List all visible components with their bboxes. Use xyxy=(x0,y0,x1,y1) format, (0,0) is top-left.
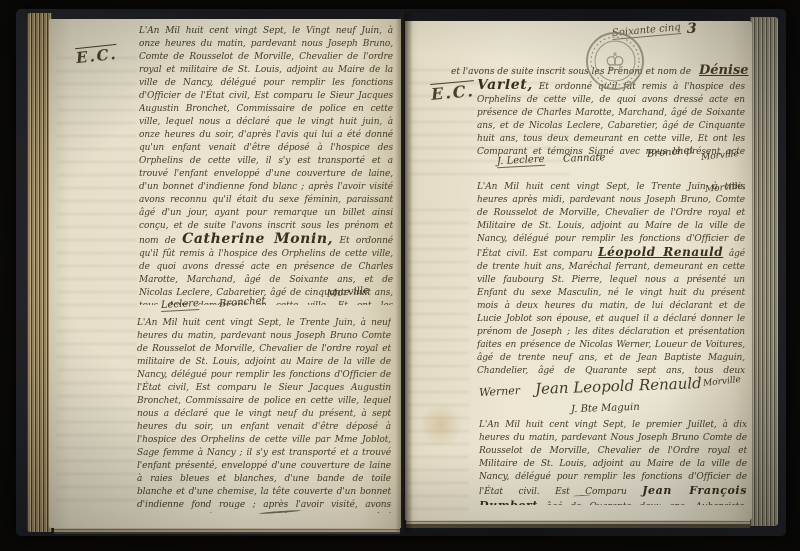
show-through-ghost-text xyxy=(57,49,137,509)
signature: Cannate xyxy=(563,152,606,164)
page-number: 3 xyxy=(687,21,697,37)
signature: Werner xyxy=(479,384,521,399)
margin-annotation: E.C. xyxy=(430,81,475,104)
page-edges-right xyxy=(750,17,778,526)
child-name-heading: Catherine Monin, xyxy=(182,231,333,247)
birth-act-text: L'An Mil huit cent vingt Sept, le Trente… xyxy=(477,181,745,379)
act-body: âgé de trente huit ans, Maréchal ferrant… xyxy=(477,249,745,379)
signature: J. Bte Maguin xyxy=(571,402,640,415)
scanned-register-photo: E.C. L'An Mil huit cent vingt Sept, le V… xyxy=(0,0,800,551)
birth-act-text: L'An Mil huit cent vingt Sept, le Trente… xyxy=(137,317,391,513)
crown-glyph: ♔ xyxy=(604,48,626,76)
act-body: L'An Mil huit cent vingt Sept, le Trente… xyxy=(137,318,391,513)
child-name-heading: Varlet, xyxy=(477,79,533,93)
page-edges-bottom-left xyxy=(54,527,400,534)
act-body: et l'avons de suite inscrit sous les Pré… xyxy=(451,67,691,77)
page-edges-bottom-right xyxy=(406,519,750,528)
margin-annotation: E.C. xyxy=(75,45,118,67)
act-body: L'An Mil huit cent vingt Sept, le Vingt … xyxy=(139,26,393,246)
right-page: et l'avons de suite inscrit sous les Pré… xyxy=(405,21,752,520)
birth-act-text: L'An Mil huit cent vingt Sept, le premie… xyxy=(479,419,747,505)
show-through-ghost-text xyxy=(407,201,469,520)
signature: Bronchet xyxy=(219,295,266,309)
paper-stain xyxy=(419,403,463,447)
act-body: Et ordonné qu'il fût remis à l'hospice d… xyxy=(477,82,745,159)
signature: Leclere xyxy=(161,298,200,312)
royal-crown-seal-stamp-icon: ♔ xyxy=(584,30,646,92)
child-firstname: Dénise xyxy=(699,63,749,78)
birth-act-text: L'An Mil huit cent vingt Sept, le Vingt … xyxy=(139,25,393,305)
left-page: E.C. L'An Mil huit cent vingt Sept, le V… xyxy=(49,19,401,528)
signature: J. Leclere xyxy=(497,154,545,168)
book-gutter-shadow xyxy=(395,12,413,532)
father-name-heading: Léopold Renauld xyxy=(598,245,723,259)
